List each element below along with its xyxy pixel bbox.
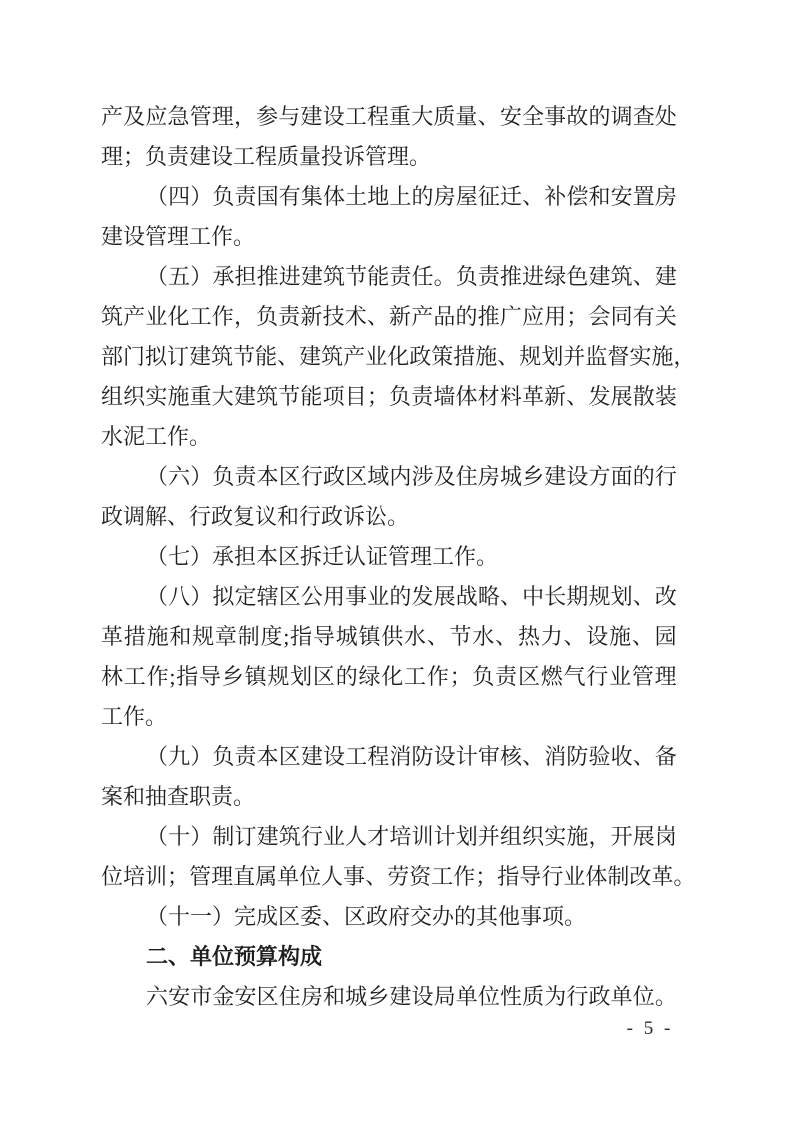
text-line: 位培训；管理直属单位人事、劳资工作；指导行业体制改革。	[101, 857, 677, 897]
text-line: （七）承担本区拆迁认证管理工作。	[101, 537, 677, 577]
text-line: （五）承担推进建筑节能责任。负责推进绿色建筑、建	[101, 257, 677, 297]
document-body: 产及应急管理，参与建设工程重大质量、安全事故的调查处 理；负责建设工程质量投诉管…	[101, 97, 677, 1017]
text-line: （八）拟定辖区公用事业的发展战略、中长期规划、改	[101, 577, 677, 617]
text-line: 部门拟订建筑节能、建筑产业化政策措施、规划并监督实施，	[101, 337, 677, 377]
text-line: （十）制订建筑行业人才培训计划并组织实施，开展岗	[101, 817, 677, 857]
paragraph-duty-5: （五）承担推进建筑节能责任。负责推进绿色建筑、建 筑产业化工作，负责新技术、新产…	[101, 257, 677, 457]
paragraph-duty-8: （八）拟定辖区公用事业的发展战略、中长期规划、改 革措施和规章制度;指导城镇供水…	[101, 577, 677, 737]
text-line: 建设管理工作。	[101, 217, 677, 257]
text-line: 组织实施重大建筑节能项目；负责墙体材料革新、发展散装	[101, 377, 677, 417]
text-line: （十一）完成区委、区政府交办的其他事项。	[101, 897, 677, 937]
paragraph-unit-nature: 六安市金安区住房和城乡建设局单位性质为行政单位。	[101, 977, 677, 1017]
page-number: - 5 -	[613, 1018, 687, 1040]
paragraph-duty-11: （十一）完成区委、区政府交办的其他事项。	[101, 897, 677, 937]
text-line: 林工作;指导乡镇规划区的绿化工作；负责区燃气行业管理	[101, 657, 677, 697]
text-line: 政调解、行政复议和行政诉讼。	[101, 497, 677, 537]
text-line: 革措施和规章制度;指导城镇供水、节水、热力、设施、园	[101, 617, 677, 657]
text-line: 筑产业化工作，负责新技术、新产品的推广应用；会同有关	[101, 297, 677, 337]
text-line: （四）负责国有集体土地上的房屋征迁、补偿和安置房	[101, 177, 677, 217]
text-line: 理；负责建设工程质量投诉管理。	[101, 137, 677, 177]
text-line: （九）负责本区建设工程消防设计审核、消防验收、备	[101, 737, 677, 777]
document-page: 产及应急管理，参与建设工程重大质量、安全事故的调查处 理；负责建设工程质量投诉管…	[0, 0, 793, 1122]
text-line: 案和抽查职责。	[101, 777, 677, 817]
paragraph-duty-10: （十）制订建筑行业人才培训计划并组织实施，开展岗 位培训；管理直属单位人事、劳资…	[101, 817, 677, 897]
text-line: （六）负责本区行政区域内涉及住房城乡建设方面的行	[101, 457, 677, 497]
section-heading: 二、单位预算构成	[101, 937, 677, 977]
text-line: 水泥工作。	[101, 417, 677, 457]
paragraph-duty-6: （六）负责本区行政区域内涉及住房城乡建设方面的行 政调解、行政复议和行政诉讼。	[101, 457, 677, 537]
text-line: 工作。	[101, 697, 677, 737]
text-line: 产及应急管理，参与建设工程重大质量、安全事故的调查处	[101, 97, 677, 137]
paragraph-duty-9: （九）负责本区建设工程消防设计审核、消防验收、备 案和抽查职责。	[101, 737, 677, 817]
paragraph-duty-4: （四）负责国有集体土地上的房屋征迁、补偿和安置房 建设管理工作。	[101, 177, 677, 257]
text-line: 六安市金安区住房和城乡建设局单位性质为行政单位。	[101, 977, 677, 1017]
paragraph-duty-7: （七）承担本区拆迁认证管理工作。	[101, 537, 677, 577]
paragraph-duty-3-continued: 产及应急管理，参与建设工程重大质量、安全事故的调查处 理；负责建设工程质量投诉管…	[101, 97, 677, 177]
